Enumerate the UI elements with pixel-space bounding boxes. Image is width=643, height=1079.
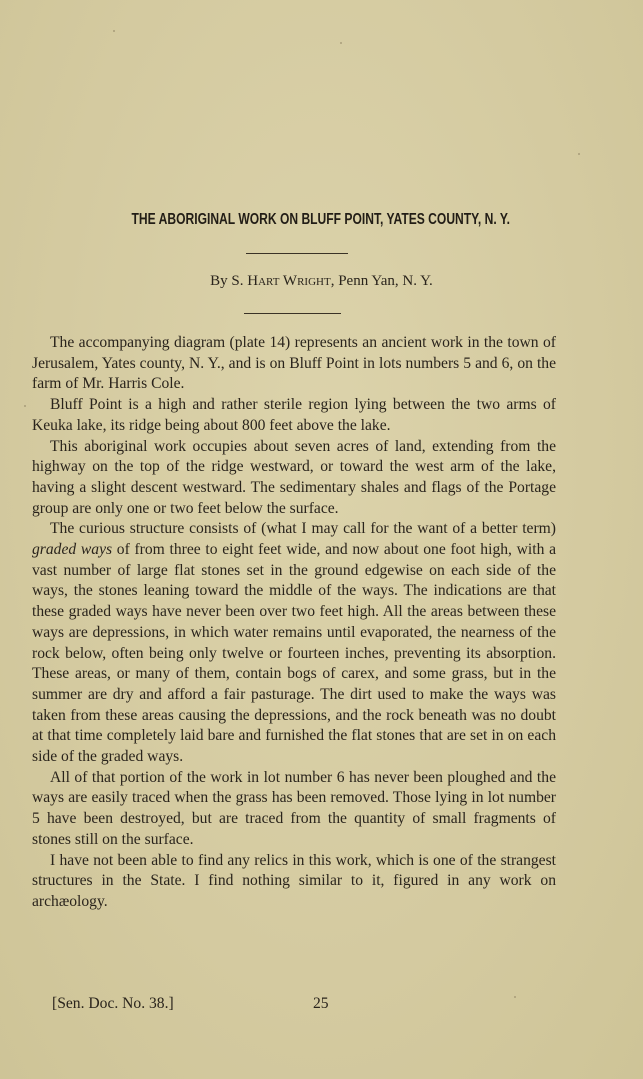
page-number: 25 xyxy=(313,995,329,1013)
paragraph-4-lead: The curious structure consists of (what … xyxy=(50,520,556,537)
byline: By S. Hart Wright, Penn Yan, N. Y. xyxy=(0,273,643,290)
paragraph-1: The accompanying diagram (plate 14) repr… xyxy=(32,333,556,395)
author-name: Hart Wright xyxy=(247,273,330,289)
title-divider xyxy=(246,253,348,254)
paper-speck xyxy=(578,153,580,155)
article-title: THE ABORIGINAL WORK ON BLUFF POINT, YATE… xyxy=(70,211,572,229)
paper-speck xyxy=(340,42,342,44)
document-page: THE ABORIGINAL WORK ON BLUFF POINT, YATE… xyxy=(0,0,643,1079)
paragraph-6: I have not been able to find any relics … xyxy=(32,851,556,913)
paper-speck xyxy=(113,30,115,32)
paragraph-2: Bluff Point is a high and rather sterile… xyxy=(32,395,556,436)
byline-prefix: By S. xyxy=(210,273,247,289)
paragraph-4-rest: of from three to eight feet wide, and no… xyxy=(32,541,556,765)
byline-divider xyxy=(244,313,341,314)
document-reference: [Sen. Doc. No. 38.] xyxy=(52,995,174,1013)
paragraph-3: This aboriginal work occupies about seve… xyxy=(32,437,556,520)
paper-speck xyxy=(266,819,268,821)
paragraph-4: The curious structure consists of (what … xyxy=(32,519,556,767)
byline-location: , Penn Yan, N. Y. xyxy=(331,273,433,289)
italic-term-graded-ways: graded ways xyxy=(32,541,112,558)
paper-speck xyxy=(24,405,26,407)
paper-speck xyxy=(514,996,516,998)
paragraph-5: All of that portion of the work in lot n… xyxy=(32,768,556,851)
article-body: The accompanying diagram (plate 14) repr… xyxy=(32,333,556,913)
